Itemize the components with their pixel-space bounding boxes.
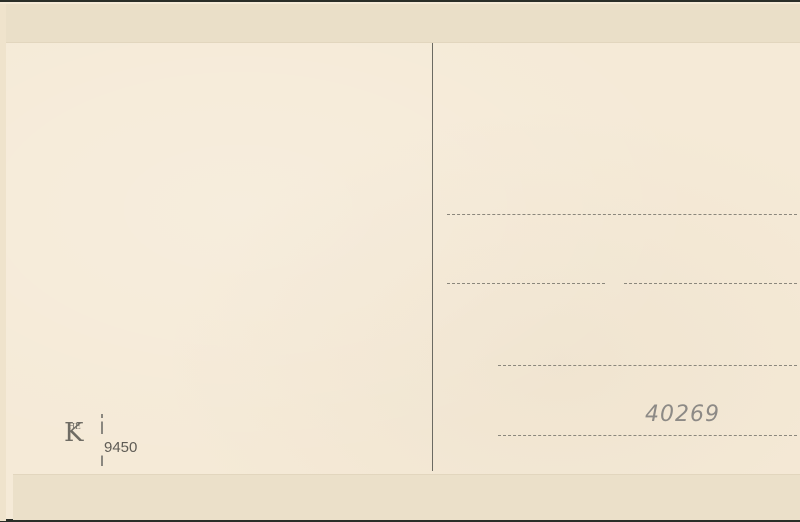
imprint-bar	[101, 414, 103, 466]
address-line-3	[498, 365, 797, 366]
top-tape-band	[6, 4, 800, 43]
handwritten-note: 40269	[645, 402, 720, 427]
address-line-1	[447, 214, 797, 215]
publisher-imprint: HE K 9450	[64, 412, 154, 470]
publisher-logo-icon: HE K	[64, 418, 81, 448]
serial-number: 9450	[104, 439, 137, 456]
address-line-2b	[624, 283, 797, 284]
bottom-tape-band	[13, 474, 800, 520]
card-left-edge	[0, 4, 6, 521]
address-line-4	[498, 435, 797, 436]
message-address-divider	[432, 43, 433, 471]
publisher-logo-small: HE	[68, 422, 81, 431]
postcard-back: HE K 9450 40269	[0, 2, 800, 519]
address-line-2a	[447, 283, 605, 284]
